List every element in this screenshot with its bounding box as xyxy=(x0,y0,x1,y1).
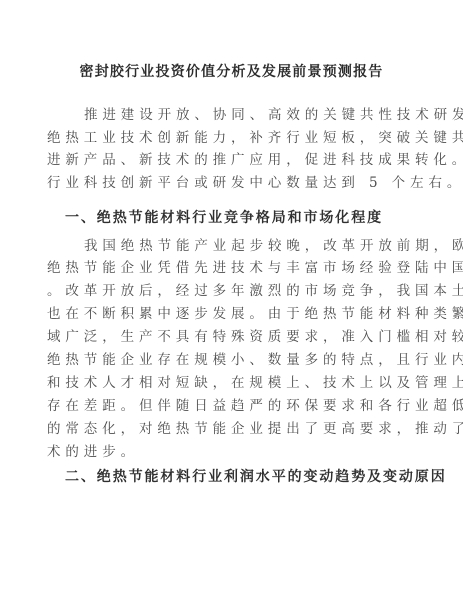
document-page: 密封胶行业投资价值分析及发展前景预测报告 推进建设开放、协同、高效的关键共性技术… xyxy=(0,0,463,600)
section-heading-2: 二、绝热节能材料行业利润水平的变动趋势及变动原因 xyxy=(65,468,447,486)
paragraph-line: 绝热节能企业存在规模小、数量多的特点，且行业内高水平管理人才 xyxy=(47,351,427,369)
section-heading-1: 一、绝热节能材料行业竞争格局和市场化程度 xyxy=(65,209,383,227)
document-title: 密封胶行业投资价值分析及发展前景预测报告 xyxy=(0,63,463,81)
paragraph-line: 绝热工业技术创新能力，补齐行业短板，突破关键共性技术，着力推 xyxy=(47,129,427,147)
paragraph-line: 绝热节能企业凭借先进技术与丰富市场经验登陆中国，率先抢占市场 xyxy=(47,259,427,277)
paragraph-line: 也在不断积累中逐步发展。由于绝热节能材料种类繁多，下游应用领 xyxy=(47,305,427,323)
paragraph-line: 和技术人才相对短缺，在规模上、技术上以及管理上与国外成熟企业 xyxy=(47,374,427,392)
paragraph-line: 推进建设开放、协同、高效的关键共性技术研发平台体系，增强 xyxy=(84,106,463,124)
paragraph-line: 术的进步。 xyxy=(47,443,427,461)
paragraph-line: 存在差距。但伴随日益趋严的环保要求和各行业超低排放和特殊排放 xyxy=(47,397,427,415)
paragraph-line: 域广泛，生产不具有特殊资质要求，准入门槛相对较低，因此，我国 xyxy=(47,328,427,346)
paragraph-line: 的常态化，对绝热节能企业提出了更高要求，推动了国产绝热节能技 xyxy=(47,420,427,438)
paragraph-line: 我国绝热节能产业起步较晚，改革开放前期，欧美等发达国家的 xyxy=(84,237,463,255)
paragraph-line: 。改革开放后，经过多年激烈的市场竞争，我国本土的绝热节能企业 xyxy=(47,282,427,300)
paragraph-line: 行业科技创新平台或研发中心数量达到 5 个左右。 xyxy=(47,174,427,192)
paragraph-line: 进新产品、新技术的推广应用，促进科技成果转化。到 2025 年，绝热 xyxy=(47,151,427,169)
